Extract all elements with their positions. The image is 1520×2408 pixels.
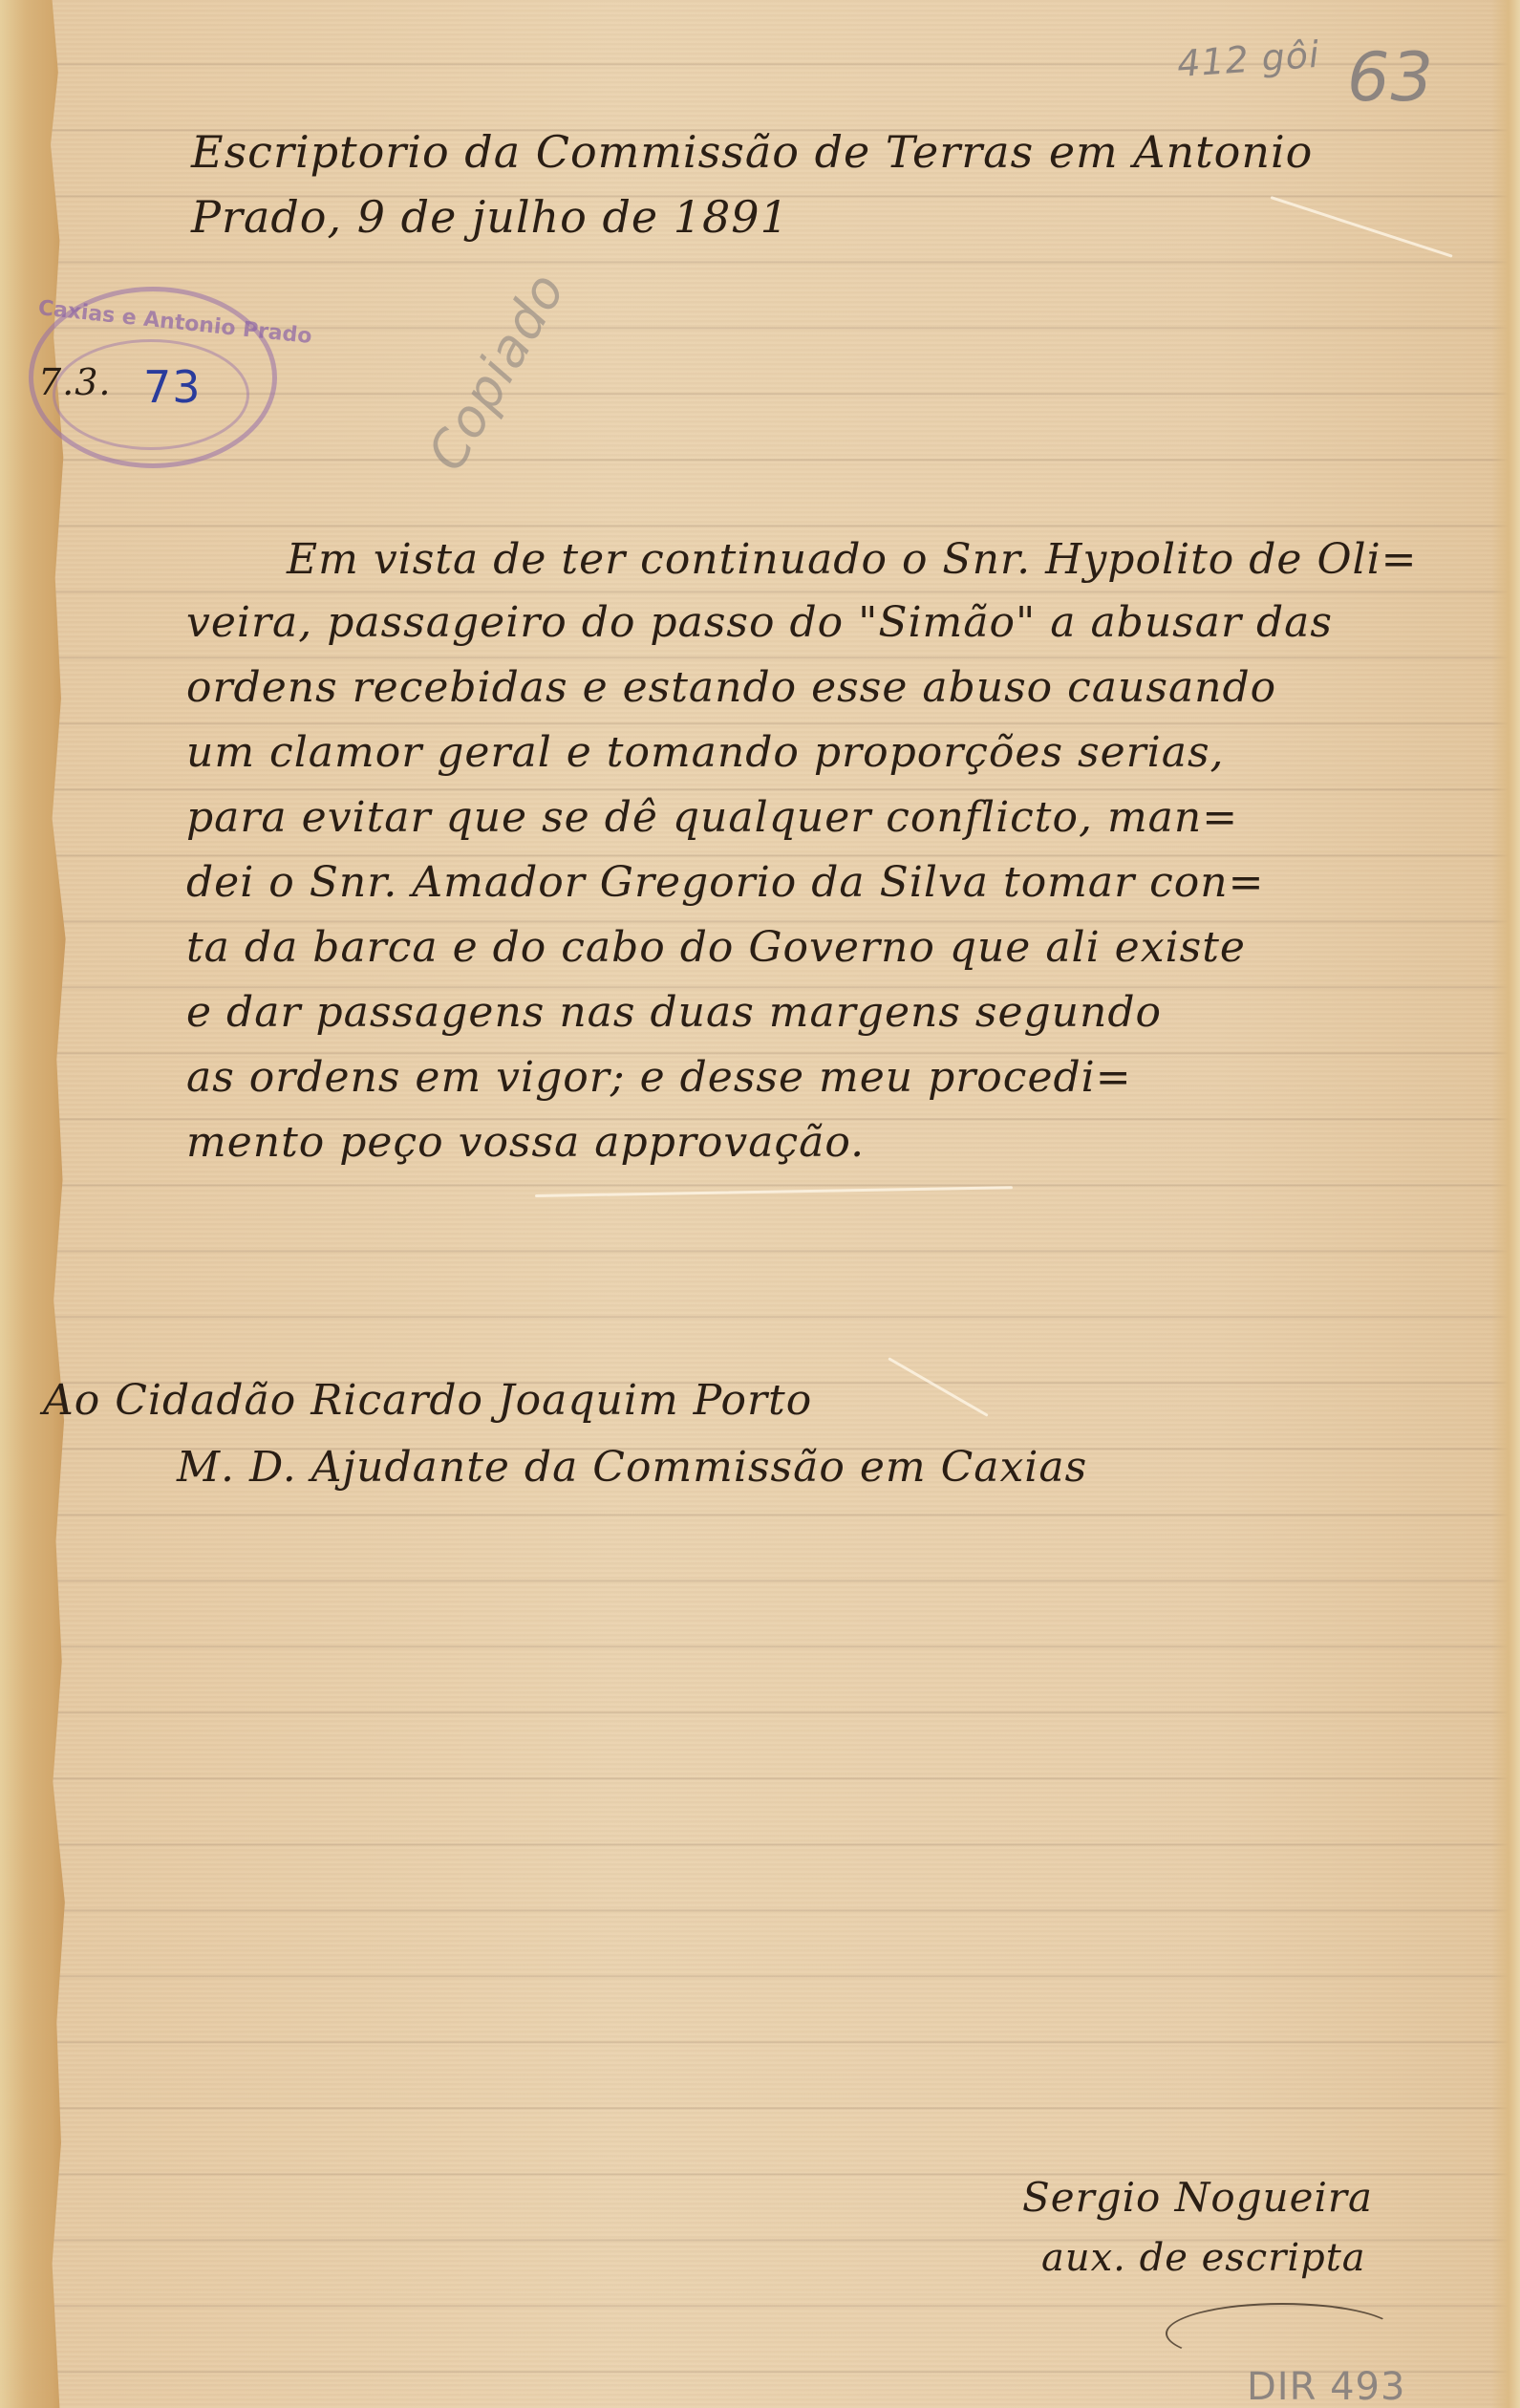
body-line: dei o Snr. Amador Gregorio da Silva toma… [186, 858, 1265, 907]
body-line: ta da barca e do cabo do Governo que ali… [186, 923, 1246, 972]
body-line: as ordens em vigor; e desse meu procedi= [186, 1053, 1132, 1102]
addressee-line-1: Ao Cidadão Ricardo Joaquim Porto [43, 1376, 812, 1425]
signature-flourish [1166, 2303, 1399, 2364]
archive-ref-bottom: DIR 493 [1247, 2365, 1405, 2408]
stamp-number-ink: 7.3. [38, 361, 112, 403]
signature-name: Sergio Nogueira [1022, 2174, 1373, 2221]
stained-right-edge [1491, 0, 1520, 2408]
body-line: mento peço vossa approvação. [186, 1118, 865, 1167]
body-line: Em vista de ter continuado o Snr. Hypoli… [287, 535, 1418, 584]
body-line: ordens recebidas e estando esse abuso ca… [186, 663, 1276, 712]
signature-title: aux. de escripta [1041, 2236, 1366, 2280]
body-line: um clamor geral e tomando proporções ser… [186, 728, 1225, 777]
body-line: e dar passagens nas duas margens segundo [186, 988, 1162, 1037]
heading-line-1: Escriptorio da Commissão de Terras em An… [191, 126, 1313, 178]
stamp-number-blue: 73 [143, 361, 202, 413]
page-number: 63 [1347, 38, 1434, 117]
heading-line-2: Prado, 9 de julho de 1891 [191, 191, 789, 243]
body-line: veira, passageiro do passo do "Simão" a … [186, 598, 1333, 647]
body-line: para evitar que se dê qualquer conflicto… [186, 793, 1238, 842]
addressee-line-2: M. D. Ajudante da Commissão em Caxias [177, 1443, 1087, 1492]
